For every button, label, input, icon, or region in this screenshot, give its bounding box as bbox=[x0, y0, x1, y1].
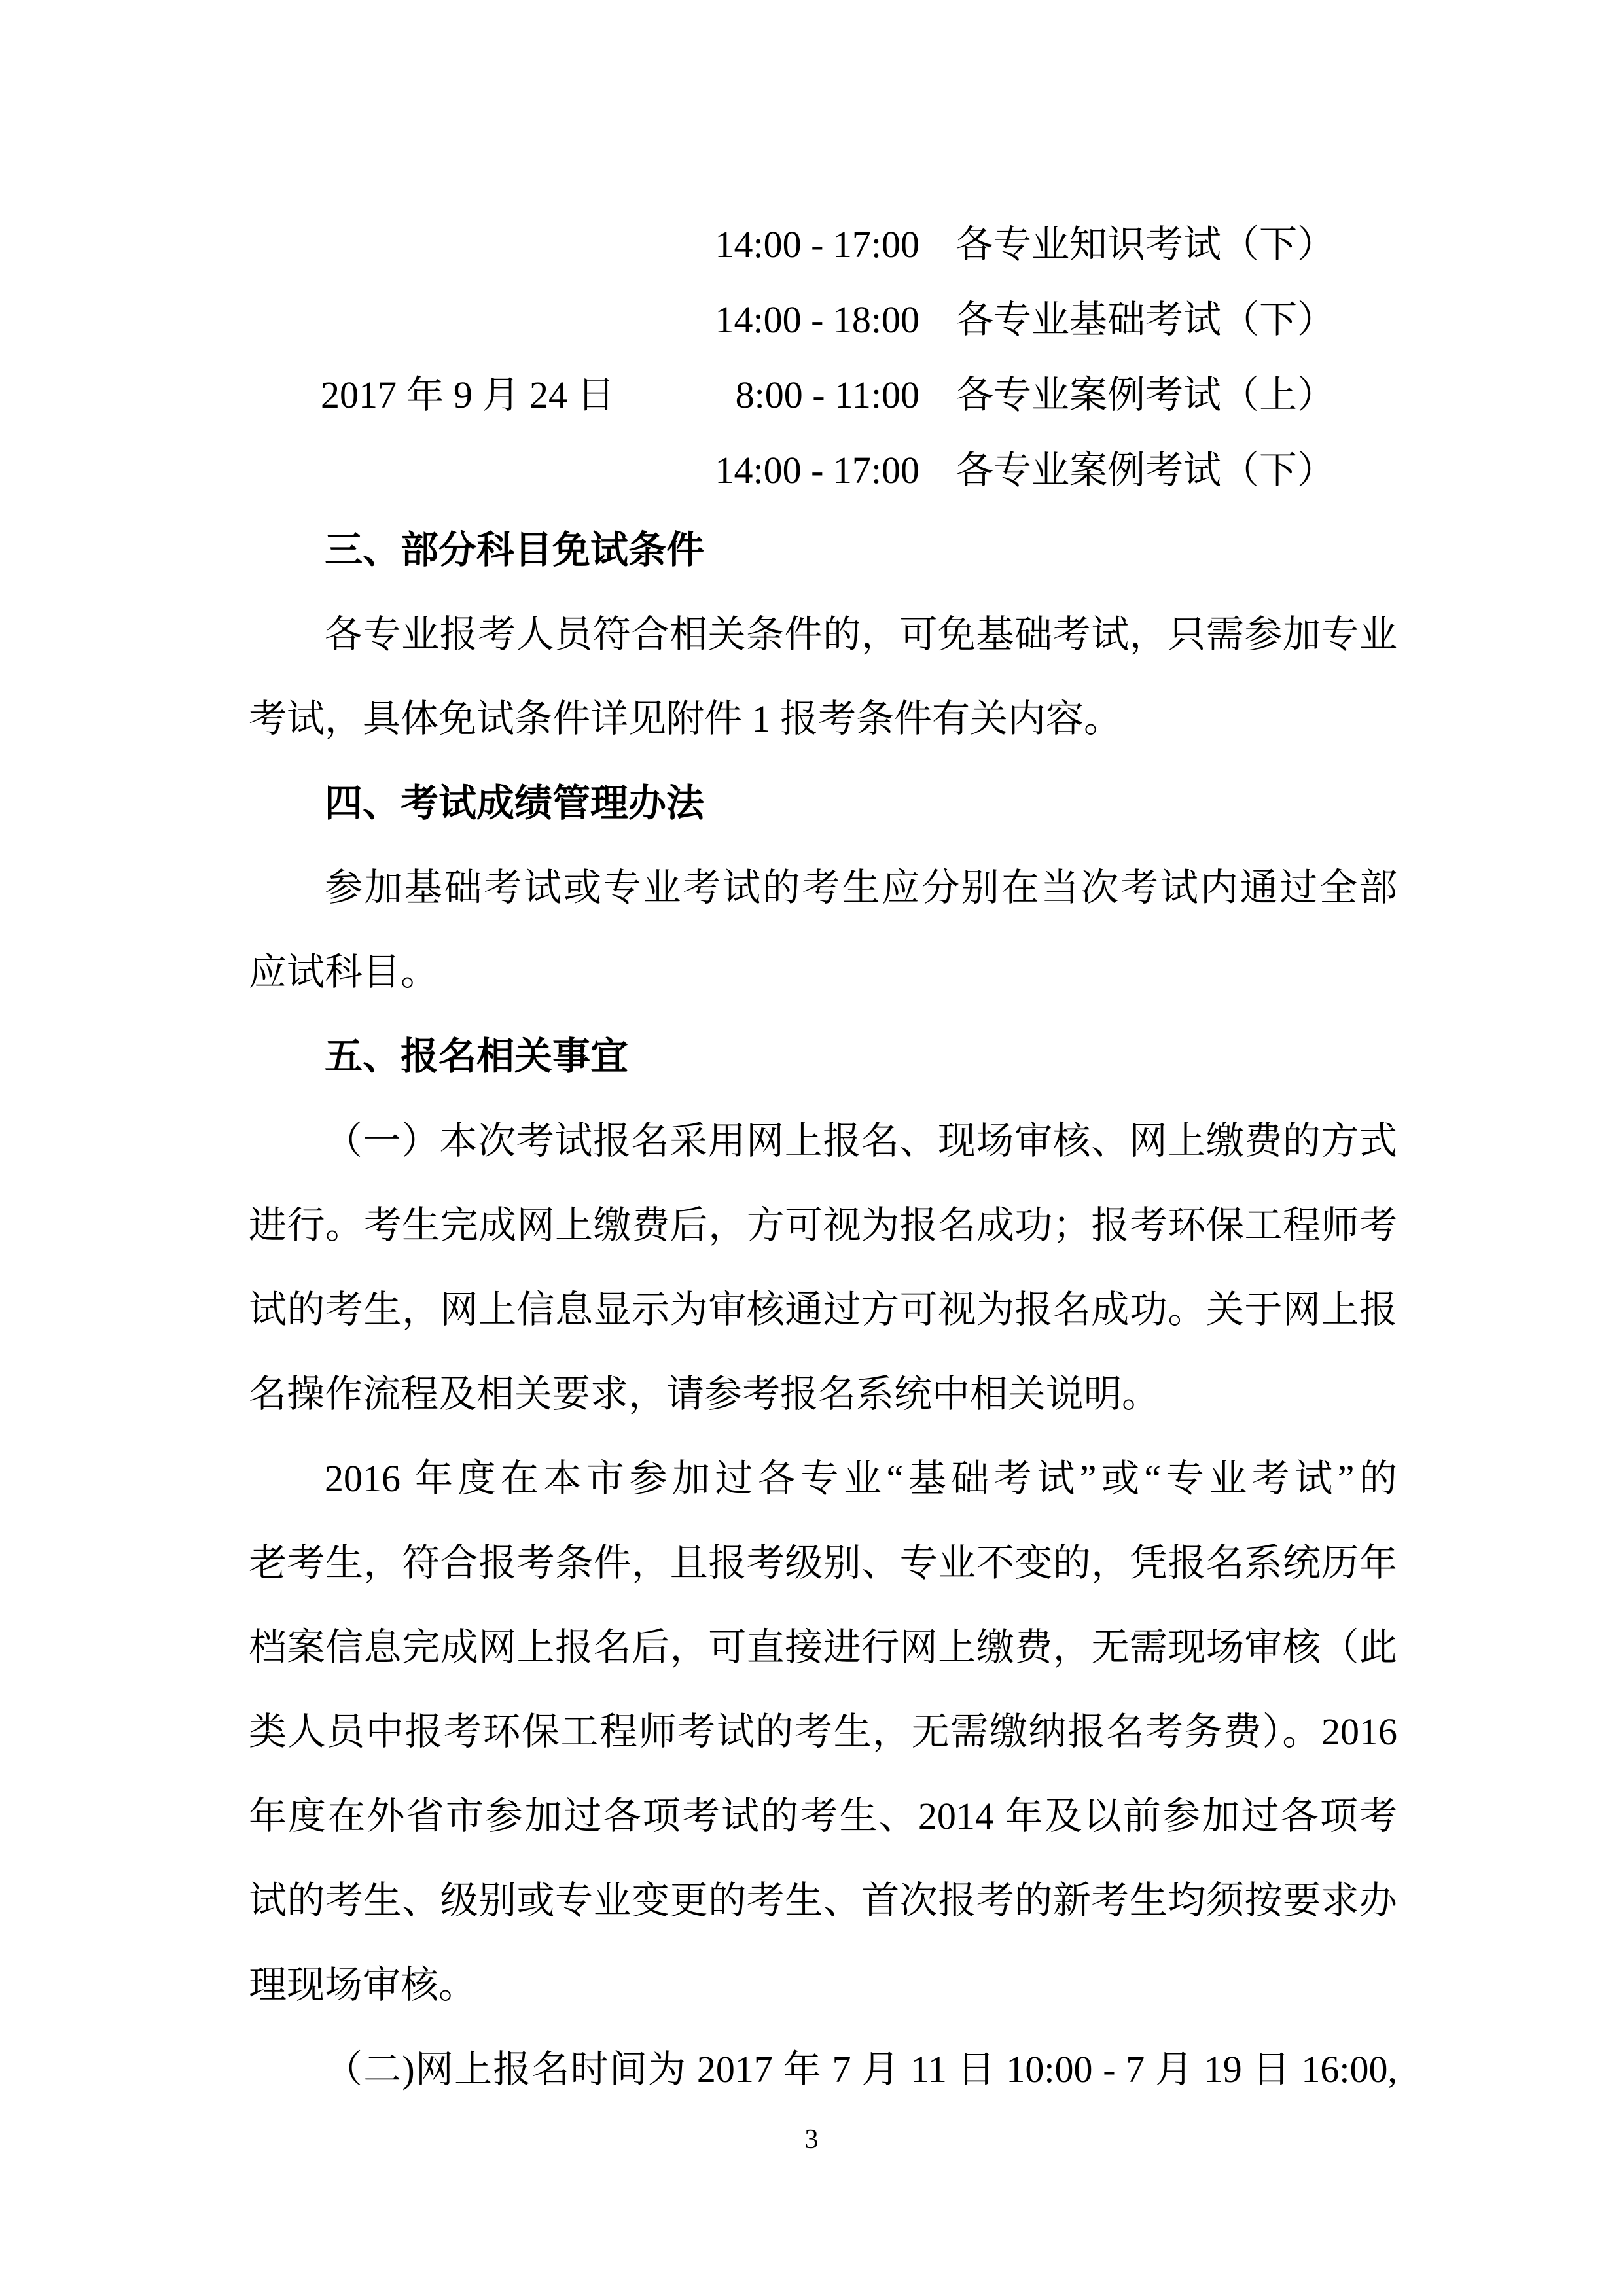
page-number: 3 bbox=[0, 2123, 1623, 2156]
body-line: 试的考生、级别或专业变更的考生、首次报考的新考生均须按要求办 bbox=[249, 1858, 1397, 1943]
exam-schedule: 14:00 - 17:00 各专业知识考试（下） 14:00 - 18:00 各… bbox=[249, 207, 1397, 508]
body-line: （二)网上报名时间为 2017 年 7 月 11 日 10:00 - 7 月 1… bbox=[249, 2027, 1397, 2111]
schedule-row: 14:00 - 17:00 各专业案例考试（下） bbox=[249, 433, 1397, 508]
schedule-date: 2017 年 9 月 24 日 bbox=[321, 357, 615, 433]
body-line: 老考生，符合报考条件，且报考级别、专业不变的，凭报名系统历年 bbox=[249, 1521, 1397, 1605]
body-line: 理现场审核。 bbox=[249, 1943, 1397, 2027]
schedule-row: 14:00 - 18:00 各专业基础考试（下） bbox=[249, 282, 1397, 357]
body-line: 各专业报考人员符合相关条件的，可免基础考试，只需参加专业 bbox=[249, 592, 1397, 677]
schedule-row: 2017 年 9 月 24 日 8:00 - 11:00 各专业案例考试（上） bbox=[249, 357, 1397, 433]
body-line: 2016 年度在本市参加过各专业“基础考试”或“专业考试”的 bbox=[249, 1436, 1397, 1521]
body-line: 名操作流程及相关要求，请参考报名系统中相关说明。 bbox=[249, 1352, 1397, 1436]
body-line: 考试，具体免试条件详见附件 1 报考条件有关内容。 bbox=[249, 677, 1397, 761]
schedule-subject: 各专业案例考试（上） bbox=[955, 357, 1335, 433]
body-line: 档案信息完成网上报名后，可直接进行网上缴费，无需现场审核（此 bbox=[249, 1605, 1397, 1689]
body-line: 类人员中报考环保工程师考试的考生，无需缴纳报名考务费）。2016 bbox=[249, 1689, 1397, 1774]
schedule-time: 14:00 - 18:00 bbox=[674, 282, 919, 357]
body-line: 试的考生，网上信息显示为审核通过方可视为报名成功。关于网上报 bbox=[249, 1267, 1397, 1352]
schedule-subject: 各专业案例考试（下） bbox=[955, 433, 1335, 508]
body-line: 应试科目。 bbox=[249, 930, 1397, 1014]
body-line: （一）本次考试报名采用网上报名、现场审核、网上缴费的方式 bbox=[249, 1099, 1397, 1183]
section5-heading: 五、报名相关事宜 bbox=[249, 1014, 1397, 1099]
document-page: 14:00 - 17:00 各专业知识考试（下） 14:00 - 18:00 各… bbox=[0, 0, 1623, 2296]
section4-heading: 四、考试成绩管理办法 bbox=[249, 761, 1397, 845]
schedule-subject: 各专业知识考试（下） bbox=[955, 207, 1335, 282]
schedule-time: 14:00 - 17:00 bbox=[674, 207, 919, 282]
schedule-subject: 各专业基础考试（下） bbox=[955, 282, 1335, 357]
body-line: 参加基础考试或专业考试的考生应分别在当次考试内通过全部 bbox=[249, 845, 1397, 930]
schedule-time: 8:00 - 11:00 bbox=[674, 357, 919, 433]
schedule-time: 14:00 - 17:00 bbox=[674, 433, 919, 508]
schedule-row: 14:00 - 17:00 各专业知识考试（下） bbox=[249, 207, 1397, 282]
body-line: 年度在外省市参加过各项考试的考生、2014 年及以前参加过各项考 bbox=[249, 1774, 1397, 1858]
section3-heading: 三、部分科目免试条件 bbox=[249, 508, 1397, 592]
body-text: 三、部分科目免试条件 各专业报考人员符合相关条件的，可免基础考试，只需参加专业 … bbox=[249, 508, 1397, 2111]
body-line: 进行。考生完成网上缴费后，方可视为报名成功；报考环保工程师考 bbox=[249, 1183, 1397, 1267]
page-content: 14:00 - 17:00 各专业知识考试（下） 14:00 - 18:00 各… bbox=[249, 207, 1397, 2111]
